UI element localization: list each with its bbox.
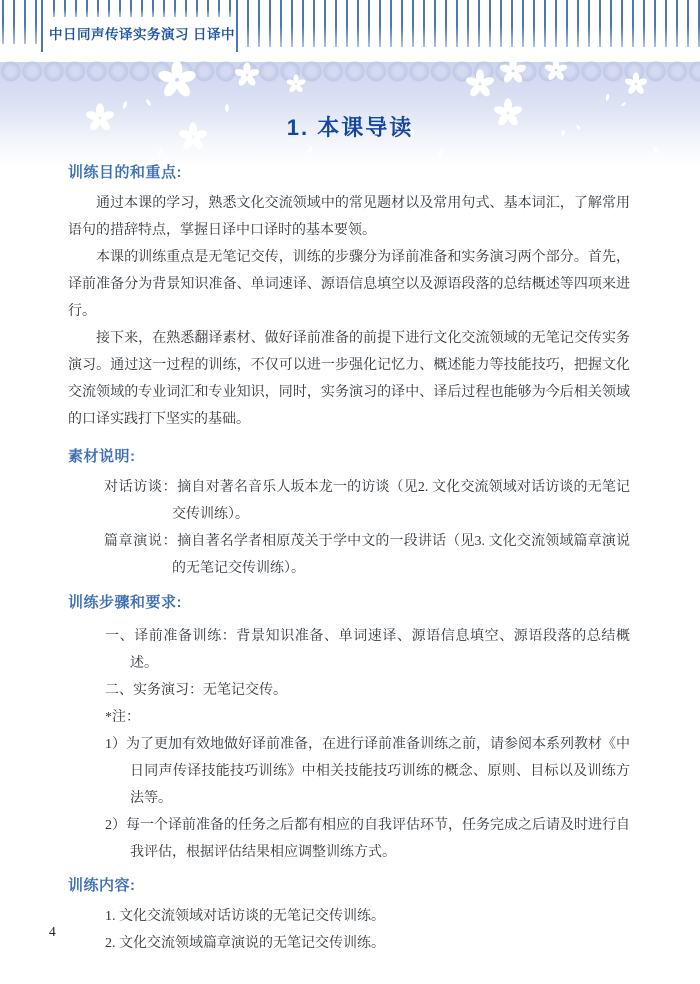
sakura-flower-icon (286, 74, 306, 94)
material-item-text: 摘自著名学者相原茂关于学中文的一段讲话（见3. 文化交流领域篇章演说的无笔记交传… (172, 534, 630, 576)
content-item: 2. 文化交流领域篇章演说的无笔记交传训练。 (105, 930, 630, 957)
sakura-petal-icon (119, 99, 132, 112)
sakura-petal-icon (305, 145, 316, 156)
textbook-page: 中日同声传译实务演习 日译中 (0, 0, 700, 984)
material-item: 篇章演说：摘自著名学者相原茂关于学中文的一段讲话（见3. 文化交流领域篇章演说的… (172, 528, 630, 582)
section-heading-steps: 训练步骤和要求: (68, 592, 630, 614)
sakura-petal-icon (435, 148, 446, 159)
note-item: 2）每一个译前准备的任务之后都有相应的自我评估环节，任务完成之后请及时进行自我评… (130, 812, 630, 866)
running-head: 中日同声传译实务演习 日译中 (49, 23, 235, 43)
sakura-flower-icon (624, 72, 648, 96)
step-item: 二、实务演习：无笔记交传。 (130, 677, 630, 704)
material-item-label: 篇章演说： (104, 534, 177, 549)
header-divider-right (236, 0, 238, 52)
sakura-flower-icon (157, 60, 197, 100)
sakura-flower-icon (544, 58, 568, 82)
sakura-flower-icon (465, 69, 495, 99)
stripe-pattern-right (247, 0, 700, 47)
paragraph: 通过本课的学习，熟悉文化交流领域中的常见题材以及常用句式、基本词汇，了解常用语句… (68, 190, 630, 244)
section-heading-contents: 训练内容: (68, 875, 630, 897)
note-item: 1）为了更加有效地做好译前准备，在进行译前准备训练之前，请参阅本系列教材《中日同… (130, 731, 630, 812)
scallop-border (0, 61, 700, 83)
sakura-petal-icon (154, 145, 167, 158)
volume-title: 日译中 (193, 23, 235, 43)
series-title: 中日同声传译实务演习 (49, 23, 189, 43)
chapter-section-title: 1. 本课导读 (0, 111, 700, 142)
sakura-flower-icon (234, 62, 260, 88)
stripe-pattern-short (53, 0, 234, 17)
stripe-pattern-left (2, 0, 42, 44)
sakura-flower-icon (499, 57, 527, 85)
step-item: 一、译前准备训练：背景知识准备、单词速译、源语信息填空、源语段落的总结概述。 (130, 623, 630, 677)
section-heading-goals: 训练目的和重点: (68, 162, 630, 184)
material-item-label: 对话访谈： (104, 480, 177, 495)
page-content: 训练目的和重点: 通过本课的学习，熟悉文化交流领域中的常见题材以及常用句式、基本… (68, 162, 630, 957)
decorative-banner: 1. 本课导读 (0, 62, 700, 165)
sakura-petal-icon (619, 100, 629, 110)
page-number: 4 (49, 924, 56, 940)
material-item-text: 摘自对著名音乐人坂本龙一的访谈（见2. 文化交流领域对话访谈的无笔记交传训练）。 (172, 480, 630, 522)
paragraph: 接下来，在熟悉翻译素材、做好译前准备的前提下进行文化交流领域的无笔记交传实务演习… (68, 325, 630, 433)
header-divider-left (41, 0, 43, 52)
sakura-petal-icon (602, 92, 612, 102)
material-item: 对话访谈：摘自对著名音乐人坂本龙一的访谈（见2. 文化交流领域对话访谈的无笔记交… (172, 474, 630, 528)
content-item: 1. 文化交流领域对话访谈的无笔记交传训练。 (105, 903, 630, 930)
note-label: *注： (130, 704, 630, 731)
sakura-petal-icon (650, 145, 661, 156)
sakura-petal-icon (142, 96, 154, 108)
paragraph: 本课的训练重点是无笔记交传，训练的步骤分为译前准备和实务演习两个部分。首先，译前… (68, 244, 630, 325)
page-header: 中日同声传译实务演习 日译中 (0, 0, 700, 56)
section-heading-materials: 素材说明: (68, 446, 630, 468)
